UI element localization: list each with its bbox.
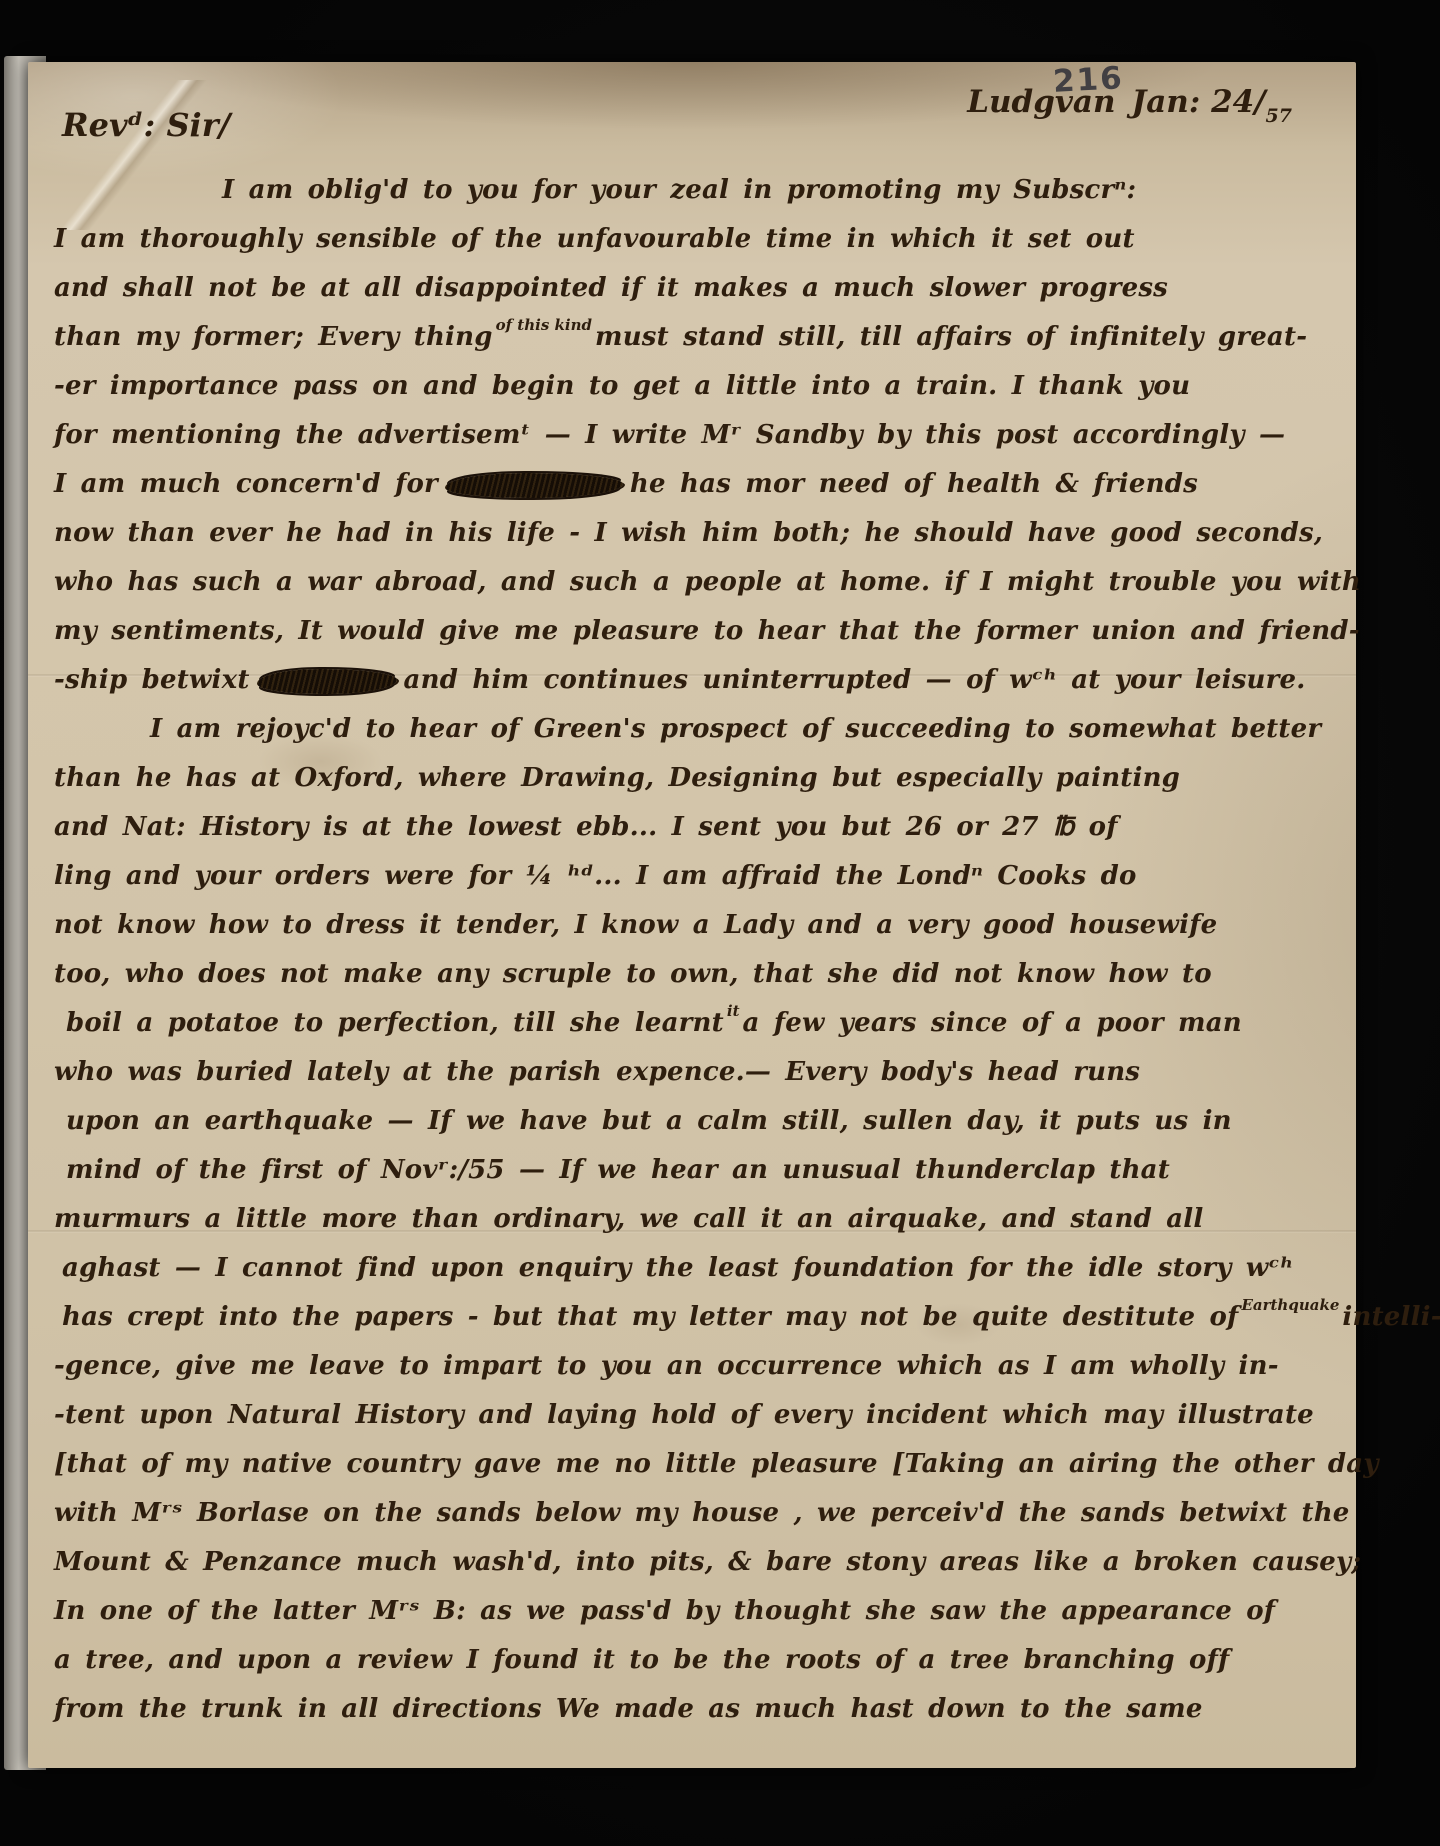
letter-line: mind of the first of Novʳ:/55 — If we he… — [54, 1146, 1342, 1195]
dateline-year: 57 — [1266, 105, 1292, 127]
letter-line: murmurs a little more than ordinary, we … — [54, 1195, 1342, 1244]
letter-line: who has such a war abroad, and such a pe… — [54, 558, 1342, 607]
letter-line: a tree, and upon a review I found it to … — [54, 1636, 1342, 1685]
letter-line: my sentiments, It would give me pleasure… — [54, 607, 1342, 656]
handwritten-text: must stand still, till affairs of infini… — [595, 322, 1307, 352]
letter-line: too, who does not make any scruple to ow… — [54, 950, 1342, 999]
dateline-place: Ludgvan — [967, 84, 1115, 120]
redaction-scribble — [445, 473, 623, 498]
handwritten-text: from the trunk in all directions We made… — [54, 1694, 1203, 1724]
letter-line: with Mʳˢ Borlase on the sands below my h… — [54, 1489, 1342, 1538]
handwritten-text: I am much concern'd for — [54, 469, 438, 499]
letter-line: -tent upon Natural History and laying ho… — [54, 1391, 1342, 1440]
handwritten-text: who has such a war abroad, and such a pe… — [54, 567, 1361, 597]
letter-body: I am oblig'd to you for your zeal in pro… — [54, 166, 1342, 1734]
handwritten-text: In one of the latter Mʳˢ B: as we pass'd… — [54, 1596, 1275, 1626]
letter-line: has crept into the papers - but that my … — [54, 1293, 1342, 1342]
handwritten-text: aghast — I cannot find upon enquiry the … — [62, 1253, 1294, 1283]
handwritten-text: and shall not be at all disappointed if … — [54, 273, 1168, 303]
letter-line: [that of my native country gave me no li… — [54, 1440, 1342, 1489]
letter-line: now than ever he had in his life - I wis… — [54, 509, 1342, 558]
handwritten-text: -ship betwixt — [54, 665, 250, 695]
handwritten-text: my sentiments, It would give me pleasure… — [54, 616, 1360, 646]
letter-line: and Nat: History is at the lowest ebb...… — [54, 803, 1342, 852]
letter-line: I am much concern'd forhe has mor need o… — [54, 460, 1342, 509]
handwritten-text: intelli- — [1342, 1302, 1440, 1332]
handwritten-text: a few years since of a poor man — [743, 1008, 1242, 1038]
letter-line: not know how to dress it tender, I know … — [54, 901, 1342, 950]
interlinear-insertion: Earthquake — [1241, 1298, 1339, 1313]
handwritten-text: murmurs a little more than ordinary, we … — [54, 1204, 1203, 1234]
handwritten-text: ling and your orders were for ¼ ʰᵈ... I … — [54, 861, 1137, 891]
letter-line: -er importance pass on and begin to get … — [54, 362, 1342, 411]
handwritten-text: not know how to dress it tender, I know … — [54, 910, 1217, 940]
letter-line: boil a potatoe to perfection, till she l… — [54, 999, 1342, 1048]
handwritten-text: and him continues uninterrupted — of wᶜʰ… — [404, 665, 1306, 695]
redaction-scribble — [257, 669, 397, 694]
interlinear-insertion: it — [727, 1004, 740, 1019]
handwritten-text: I am rejoyc'd to hear of Green's prospec… — [150, 714, 1321, 744]
letter-line: for mentioning the advertisemᵗ — I write… — [54, 411, 1342, 460]
handwritten-text: -tent upon Natural History and laying ho… — [54, 1400, 1314, 1430]
letter-line: I am thoroughly sensible of the unfavour… — [54, 215, 1342, 264]
handwritten-text: and Nat: History is at the lowest ebb...… — [54, 812, 1118, 842]
handwritten-text: for mentioning the advertisemᵗ — I write… — [54, 420, 1285, 450]
handwritten-text: -er importance pass on and begin to get … — [54, 371, 1190, 401]
handwritten-text: a tree, and upon a review I found it to … — [54, 1645, 1229, 1675]
salutation: Revᵈ: Sir/ — [62, 106, 230, 144]
handwritten-text: Mount & Penzance much wash'd, into pits,… — [54, 1547, 1361, 1577]
handwritten-text: too, who does not make any scruple to ow… — [54, 959, 1212, 989]
handwritten-text: he has mor need of health & friends — [630, 469, 1198, 499]
manuscript-photo: 216 LudgvanJan: 24/57 Revᵈ: Sir/ I am ob… — [0, 0, 1440, 1846]
letter-line: -ship betwixtand him continues uninterru… — [54, 656, 1342, 705]
handwritten-text: mind of the first of Novʳ:/55 — If we he… — [66, 1155, 1170, 1185]
dateline-slash: / — [1254, 84, 1265, 120]
letter-page: 216 LudgvanJan: 24/57 Revᵈ: Sir/ I am ob… — [28, 62, 1356, 1768]
letter-line: from the trunk in all directions We made… — [54, 1685, 1342, 1734]
letter-line: upon an earthquake — If we have but a ca… — [54, 1097, 1342, 1146]
handwritten-text: [that of my native country gave me no li… — [54, 1449, 1379, 1479]
dateline: LudgvanJan: 24/57 — [967, 84, 1292, 127]
letter-line: than he has at Oxford, where Drawing, De… — [54, 754, 1342, 803]
handwritten-text: who was buried lately at the parish expe… — [54, 1057, 1140, 1087]
handwritten-text: than he has at Oxford, where Drawing, De… — [54, 763, 1180, 793]
interlinear-insertion: of this kind — [496, 318, 592, 333]
letter-line: ling and your orders were for ¼ ʰᵈ... I … — [54, 852, 1342, 901]
handwritten-text: than my former; Every thing — [54, 322, 493, 352]
handwritten-text: I am thoroughly sensible of the unfavour… — [54, 224, 1135, 254]
handwritten-text: I am oblig'd to you for your zeal in pro… — [222, 175, 1136, 205]
handwritten-text: upon an earthquake — If we have but a ca… — [66, 1106, 1232, 1136]
letter-line: than my former; Every thingof this kindm… — [54, 313, 1342, 362]
handwritten-text: with Mʳˢ Borlase on the sands below my h… — [54, 1498, 1350, 1528]
letter-line: In one of the latter Mʳˢ B: as we pass'd… — [54, 1587, 1342, 1636]
handwritten-text: has crept into the papers - but that my … — [62, 1302, 1238, 1332]
dateline-date: Jan: 24 — [1132, 84, 1255, 120]
handwritten-text: now than ever he had in his life - I wis… — [54, 518, 1323, 548]
letter-line: who was buried lately at the parish expe… — [54, 1048, 1342, 1097]
letter-line: I am rejoyc'd to hear of Green's prospec… — [54, 705, 1342, 754]
letter-line: -gence, give me leave to impart to you a… — [54, 1342, 1342, 1391]
handwritten-text: boil a potatoe to perfection, till she l… — [66, 1008, 724, 1038]
letter-line: I am oblig'd to you for your zeal in pro… — [54, 166, 1342, 215]
handwritten-text: -gence, give me leave to impart to you a… — [54, 1351, 1279, 1381]
letter-line: Mount & Penzance much wash'd, into pits,… — [54, 1538, 1342, 1587]
letter-line: aghast — I cannot find upon enquiry the … — [54, 1244, 1342, 1293]
letter-line: and shall not be at all disappointed if … — [54, 264, 1342, 313]
